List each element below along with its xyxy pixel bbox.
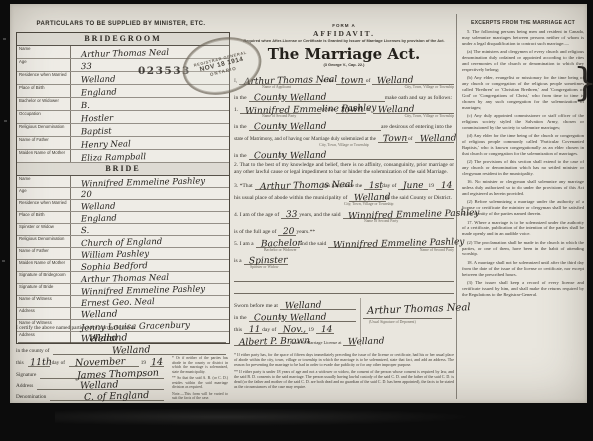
marriage-act-excerpts: EXCERPTS FROM THE MARRIAGE ACT 5. The fo… [462, 20, 584, 402]
table-row: AddressWelland [17, 308, 229, 320]
brace-mark: } [573, 60, 593, 104]
issuer-signature-hw: Albert P. Brown [239, 336, 310, 348]
scanned-marriage-record: PARTICULARS TO BE SUPPLIED BY MINISTER, … [0, 0, 593, 441]
field-label: Name of Father [17, 248, 71, 259]
excerpt-paragraph: (c) Any duly appointed commissioner or s… [462, 113, 584, 131]
act-title: The Marriage Act. [234, 46, 454, 63]
field-label: Name [17, 46, 71, 58]
jurat-block: Sworn before me atWelland in theCountyof… [234, 298, 454, 346]
excerpt-paragraph: (2) The provisions of this section shall… [462, 159, 584, 177]
table-row: Place of BirthEngland [17, 212, 229, 224]
affidavit-form: FORM A AFFIDAVIT. Required when After-Li… [234, 18, 454, 391]
table-row: Name of WitnessErnest Geo. Neal [17, 296, 229, 308]
field-label: Place of Birth [17, 85, 71, 97]
field-label: Religious Denomination [17, 236, 71, 247]
handwritten-value: Baptist [81, 127, 112, 138]
table-row: Signature of BrideWinnifred Emmeline Pas… [17, 284, 229, 296]
field-label: Maiden Name of Mother [17, 260, 71, 271]
applicant-name-hw: Arthur Thomas Neal [244, 75, 337, 87]
married-at-value: Welland [89, 332, 128, 344]
field-label: Name of Witness [17, 296, 71, 307]
field-label: Age [17, 188, 71, 199]
footnote: ** If either party is under 18 years of … [234, 369, 454, 389]
handwritten-value: Hostler [81, 114, 113, 125]
table-row: Maiden Name of MotherSophia Bedford [17, 260, 229, 272]
excerpt-paragraph: (3) The issuer shall keep a record of ev… [462, 280, 584, 298]
table-row: Residence when MarriedWelland [17, 200, 229, 212]
field-label: Occupation [17, 111, 71, 123]
handwritten-value: Welland [81, 310, 118, 321]
field-label: Maiden Name of Mother [17, 150, 71, 162]
handwritten-value: Welland [81, 202, 116, 213]
table-row: Spinster or WidowS. [17, 224, 229, 236]
footnote: * If either party has, for the space of … [234, 352, 454, 367]
footnote: ** So that the said A. B. (or C. D.) res… [172, 376, 228, 390]
handwritten-value: England [81, 214, 117, 225]
left-footnotes: * Or if neither of the parties has abode… [172, 356, 228, 403]
field-label: Spinster or Widow [17, 224, 71, 235]
handwritten-value: Henry Neal [81, 139, 131, 150]
bride-section-title: BRIDE [17, 163, 229, 176]
field-label: Name [17, 176, 71, 187]
scan-speck [3, 38, 6, 40]
table-row: Signature of BridegroomArthur Thomas Nea… [17, 272, 229, 284]
table-row: Name of FatherWilliam Pashley [17, 248, 229, 260]
table-row: Maiden Name of MotherEliza Rampball [17, 150, 229, 163]
bridegroom-section-title: BRIDEGROOM [17, 33, 229, 46]
footnote: Note.—This form will be varied to suit t… [172, 392, 228, 401]
handwritten-value: Welland [81, 75, 116, 86]
excerpt-paragraph: (d) Any elder for the time being of the … [462, 133, 584, 157]
clause-2: 2. That to the best of my knowledge and … [234, 162, 454, 176]
field-label: Bachelor or Widower [17, 98, 71, 110]
certify-text: I certify the above named parties were m… [16, 325, 137, 332]
handwritten-value: 33 [81, 62, 92, 72]
excerpt-paragraph: (a) The ministers and clergymen of every… [462, 49, 584, 73]
month-value: November [75, 356, 126, 369]
field-label: Residence when Married [17, 72, 71, 84]
footnote: * Or if neither of the parties has abode… [172, 356, 228, 374]
act-citation: (3 George V., Cap. 22.) [234, 63, 454, 67]
handwritten-value: S. [81, 226, 89, 236]
scan-speck [2, 260, 5, 262]
county-label: in the county of [16, 348, 51, 355]
excerpt-paragraph: (b) Any elder, evangelist or missionary … [462, 75, 584, 110]
field-label: Age [17, 59, 71, 71]
handwritten-value: 20 [81, 190, 92, 200]
field-label: Residence when Married [17, 200, 71, 211]
document-paper: PARTICULARS TO BE SUPPLIED BY MINISTER, … [10, 4, 587, 403]
excerpt-paragraph: 17. Where a marriage is to be solemnized… [462, 220, 584, 238]
table-row: Name of FatherHenry Neal [17, 137, 229, 150]
middle-footnotes: * If either party has, for the space of … [234, 352, 454, 389]
table-row: Religious DenominationChurch of England [17, 236, 229, 248]
table-row: Age20 [17, 188, 229, 200]
scan-smudge [55, 408, 475, 426]
excerpt-paragraph: 18. A marriage shall not be solemnized u… [462, 260, 584, 278]
field-label: Signature of Bride [17, 284, 71, 295]
field-label: Religious Denomination [17, 124, 71, 136]
affidavit-title: AFFIDAVIT. [234, 29, 454, 39]
year-value: 14 [151, 357, 163, 368]
minister-address: Welland [80, 379, 119, 391]
day-value: 11th [29, 357, 51, 369]
affidavit-subtitle: Required when After-License or Certifica… [234, 39, 454, 44]
field-label: Place of Birth [17, 212, 71, 223]
excerpt-paragraph: 5. The following persons being men and r… [462, 29, 584, 47]
excerpt-paragraph: 16. No minister or clergyman shall solem… [462, 179, 584, 197]
table-row: OccupationHostler [17, 111, 229, 124]
handwritten-value: B. [81, 101, 90, 111]
county-value: Welland [112, 344, 151, 356]
field-label: Address [17, 308, 71, 319]
column-divider [456, 14, 457, 399]
scan-speck [4, 120, 7, 122]
table-row: NameWinnifred Emmeline Pashley [17, 176, 229, 188]
field-label: Name of Father [17, 137, 71, 149]
excerpt-paragraph: (2) The proclamation shall be made in th… [462, 240, 584, 258]
handwritten-value: England [81, 88, 117, 99]
handwritten-value: Eliza Rampball [81, 152, 146, 164]
minister-denomination: C. of England [84, 390, 150, 403]
particulars-header: PARTICULARS TO BE SUPPLIED BY MINISTER, … [14, 21, 228, 27]
table-row: Religious DenominationBaptist [17, 124, 229, 137]
excerpt-paragraph: (2) Before solemnizing a marriage under … [462, 199, 584, 217]
table-row: Bachelor or WidowerB. [17, 98, 229, 111]
field-label: Signature of Bridegroom [17, 272, 71, 283]
excerpts-title: EXCERPTS FROM THE MARRIAGE ACT [462, 20, 584, 26]
